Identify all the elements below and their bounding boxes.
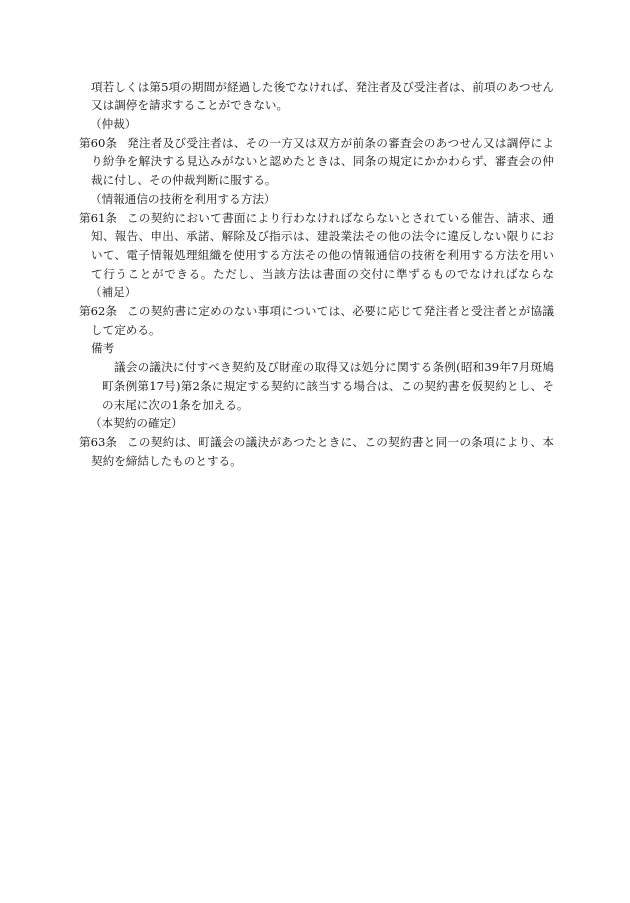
article-61-first-line: 第61条 この契約において書面により行わなければならないとされている催告、請求、… — [79, 209, 554, 228]
article-62-line: して定める。 — [91, 321, 554, 340]
article-62-first-line: 第62条 この契約書に定めのない事項については、必要に応じて発注者と受注者とが協… — [79, 302, 554, 321]
article-63-line: 契約を締結したものとする。 — [91, 452, 554, 471]
article-62-number: 第62条 — [79, 302, 127, 321]
article-60-caption: （仲裁） — [90, 115, 390, 134]
article-62-caption: （補足） — [90, 283, 390, 302]
article-61-caption: （情報通信の技術を利用する方法） — [90, 190, 390, 209]
article-60-line: り紛争を解決する見込みがないと認めたときは、同条の規定にかかわらず、審査会の仲 — [91, 152, 554, 171]
remarks-line: 議会の議決に付すべき契約及び財産の取得又は処分に関する条例(昭和39年7月斑鳩 — [114, 358, 554, 377]
article-59-continuation-line: 又は調停を請求することができない。 — [91, 96, 554, 115]
article-59-continuation-line: 項若しくは第5項の期間が経過した後でなければ、発注者及び受注者は、前項のあつせん — [91, 78, 554, 97]
article-63-caption: （本契約の確定） — [90, 414, 390, 433]
article-63-number: 第63条 — [79, 433, 127, 452]
article-61-line: 知、報告、申出、承諾、解除及び指示は、建設業法その他の法令に違反しない限りにお — [91, 227, 554, 246]
article-62-text: この契約書に定めのない事項については、必要に応じて発注者と受注者とが協議 — [127, 302, 554, 321]
article-61-text: この契約において書面により行わなければならないとされている催告、請求、通 — [127, 209, 554, 228]
article-63-first-line: 第63条 この契約は、町議会の議決があつたときに、この契約書と同一の条項により、… — [79, 433, 554, 452]
remarks-line: の末尾に次の1条を加える。 — [102, 396, 554, 415]
article-61-line: いて、電子情報処理組織を使用する方法その他の情報通信の技術を利用する方法を用い — [91, 246, 554, 265]
remarks-heading: 備考 — [91, 339, 554, 358]
remarks-line: 町条例第17号)第2条に規定する契約に該当する場合は、この契約書を仮契約とし、そ — [102, 377, 554, 396]
article-60-number: 第60条 — [79, 134, 127, 153]
article-60-line: 裁に付し、その仲裁判断に服する。 — [91, 171, 554, 190]
document-page: 項若しくは第5項の期間が経過した後でなければ、発注者及び受注者は、前項のあつせん… — [0, 0, 630, 903]
article-63-text: この契約は、町議会の議決があつたときに、この契約書と同一の条項により、本 — [127, 433, 554, 452]
article-61-line: て行うことができる。ただし、当該方法は書面の交付に準ずるものでなければならない。 — [91, 265, 554, 284]
article-60-text: 発注者及び受注者は、その一方又は双方が前条の審査会のあつせん又は調停によ — [127, 134, 554, 153]
article-61-number: 第61条 — [79, 209, 127, 228]
article-60-first-line: 第60条 発注者及び受注者は、その一方又は双方が前条の審査会のあつせん又は調停に… — [79, 134, 554, 153]
